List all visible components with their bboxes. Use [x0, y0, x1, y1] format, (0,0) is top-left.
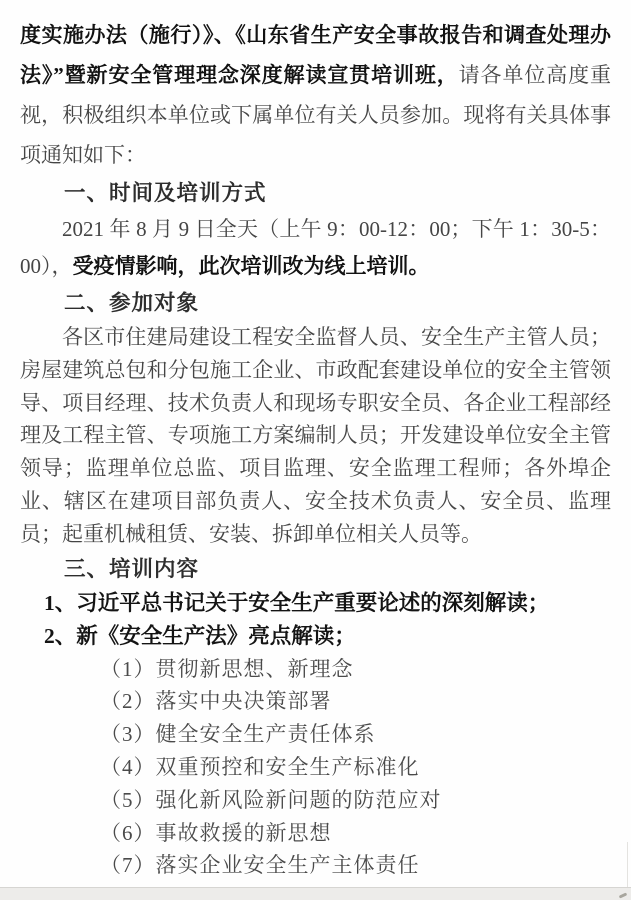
sublist-item: （6）事故救援的新思想	[20, 817, 611, 850]
sublist-item: （1）贯彻新思想、新理念	[20, 653, 611, 686]
training-content-sublist: （1）贯彻新思想、新理念 （2）落实中央决策部署 （3）健全安全生产责任体系 （…	[20, 653, 611, 883]
sublist-item: （3）健全安全生产责任体系	[20, 718, 611, 751]
section-1-heading: 一、时间及培训方式	[20, 175, 611, 211]
document-page: 度实施办法（施行）》、《山东省生产安全事故报告和调查处理办法》”暨新安全管理理念…	[0, 0, 631, 900]
section-3-heading: 三、培训内容	[20, 551, 611, 587]
section-2-heading: 二、参加对象	[20, 285, 611, 321]
sublist-item: （7）落实企业安全生产主体责任	[20, 849, 611, 882]
page-bottom-edge	[0, 887, 631, 900]
online-training-notice-text: 受疫情影响，此次培训改为线上培训。	[73, 254, 430, 278]
sublist-item: （2）落实中央决策部署	[20, 685, 611, 718]
training-content-item-2: 2、新《安全生产法》亮点解读；	[20, 620, 611, 653]
intro-paragraph: 度实施办法（施行）》、《山东省生产安全事故报告和调查处理办法》”暨新安全管理理念…	[20, 15, 611, 175]
section-2-paragraph: 各区市住建局建设工程安全监督人员、安全生产主管人员；房屋建筑总包和分包施工企业、…	[20, 321, 611, 551]
scan-right-edge-line	[627, 842, 628, 888]
training-content-item-1: 1、习近平总书记关于安全生产重要论述的深刻解读；	[20, 587, 611, 620]
sublist-item: （5）强化新风险新问题的防范应对	[20, 784, 611, 817]
sublist-item: （4）双重预控和安全生产标准化	[20, 751, 611, 784]
document-content: 度实施办法（施行）》、《山东省生产安全事故报告和调查处理办法》”暨新安全管理理念…	[0, 0, 631, 882]
section-1-paragraph: 2021 年 8 月 9 日全天（上午 9：00-12：00；下午 1：30-5…	[20, 211, 611, 285]
